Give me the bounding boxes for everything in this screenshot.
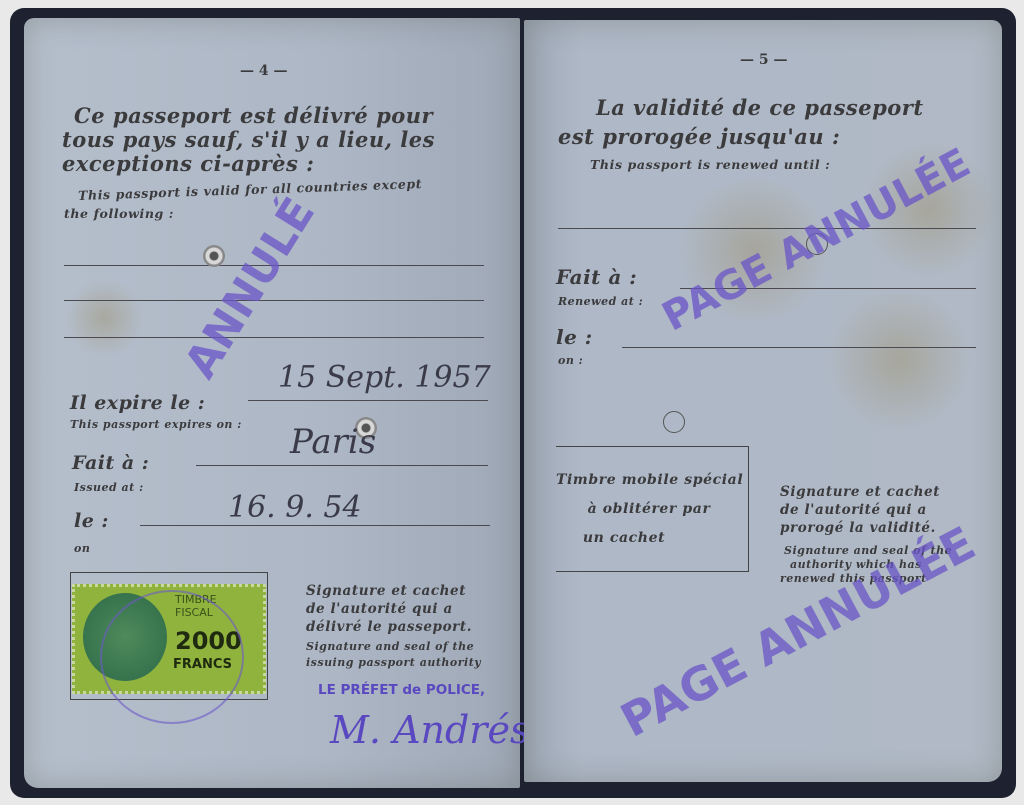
issued-at-label-en: Issued at :: [74, 481, 144, 494]
expiry-date-value: 15 Sept. 1957: [278, 360, 491, 395]
punch-hole: [203, 245, 225, 267]
renewed-at-label-en: Renewed at :: [558, 295, 643, 308]
expiry-label-en: This passport expires on :: [70, 418, 242, 431]
punch-hole: [663, 411, 685, 433]
validity-en-line2: the following :: [64, 206, 174, 221]
authority-stamp: LE PRÉFET de POLICE,: [318, 682, 485, 698]
issued-on-label-en: on: [74, 542, 90, 555]
renewal-signature-fr-line1: Signature et cachet: [780, 484, 940, 500]
signature-fr-line1: Signature et cachet: [306, 583, 466, 599]
renewed-on-label-fr: le :: [556, 326, 593, 349]
stamp-box-line3: un cachet: [556, 530, 692, 546]
issued-at-label-fr: Fait à :: [72, 452, 149, 475]
signature-en-line2: issuing passport authority: [306, 656, 481, 669]
handwritten-signature: M. Andrés: [330, 708, 529, 752]
signature-en-line1: Signature and seal of the: [306, 640, 474, 653]
renewal-en: This passport is renewed until :: [590, 157, 830, 172]
validity-fr-line2: tous pays sauf, s'il y a lieu, les: [62, 128, 435, 151]
issued-at-value: Paris: [290, 422, 376, 462]
renewed-at-label-fr: Fait à :: [556, 266, 637, 289]
renewal-signature-fr-line2: de l'autorité qui a: [780, 502, 927, 518]
signature-fr-line3: délivré le passeport.: [306, 619, 472, 635]
official-seal: [100, 590, 244, 724]
renewal-fr-line2: est prorogée jusqu'au :: [558, 125, 840, 148]
validity-fr-line1: Ce passeport est délivré pour: [74, 104, 433, 127]
page-number: — 4 —: [240, 63, 288, 79]
page-number: — 5 —: [740, 52, 788, 68]
expiry-label-fr: Il expire le :: [70, 392, 205, 415]
renewal-signature-fr-line3: prorogé la validité.: [780, 520, 936, 536]
issued-on-value: 16. 9. 54: [228, 490, 362, 525]
issued-on-label-fr: le :: [74, 510, 109, 533]
renewed-on-label-en: on :: [558, 354, 583, 367]
validity-fr-line3: exceptions ci-après :: [62, 152, 314, 175]
stamp-box-line1: Timbre mobile spécial: [556, 472, 742, 488]
signature-fr-line2: de l'autorité qui a: [306, 601, 453, 617]
stamp-box-line2: à oblitérer par: [556, 501, 742, 517]
renewal-fr-line1: La validité de ce passeport: [596, 96, 924, 119]
